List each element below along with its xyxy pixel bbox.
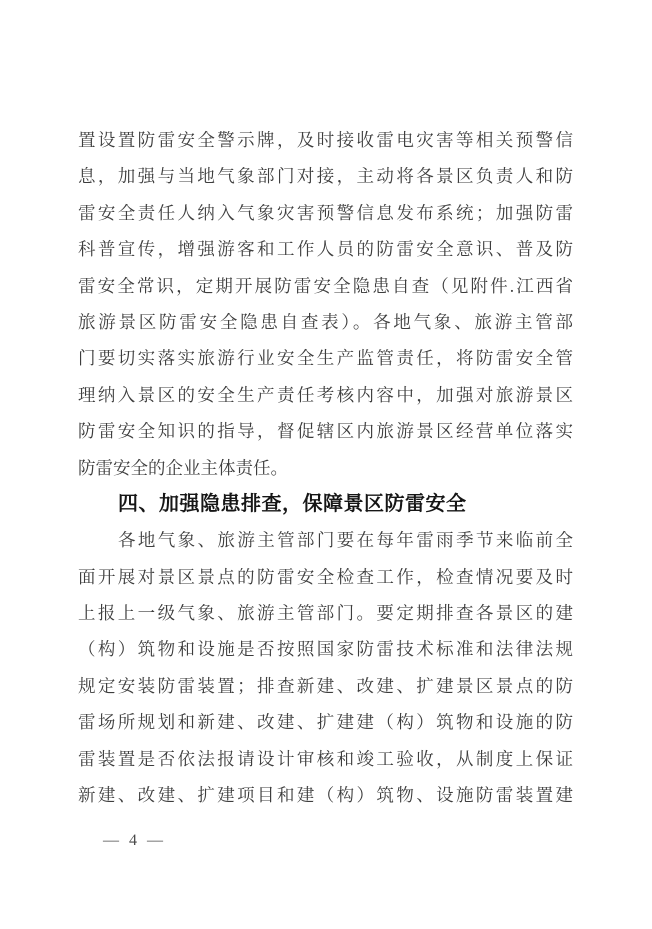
- text-line: 面开展对景区景点的防雷安全检查工作，检查情况要及时: [78, 559, 573, 595]
- paragraph-2: 各地气象、旅游主管部门要在每年雷雨季节来临前全面开展对景区景点的防雷安全检查工作…: [78, 522, 573, 813]
- text-line: 规定安装防雷装置；排查新建、改建、扩建景区景点的防: [78, 668, 573, 704]
- text-line: 防雷安全知识的指导，督促辖区内旅游景区经营单位落实: [78, 413, 573, 449]
- text-line: 新建、改建、扩建项目和建（构）筑物、设施防雷装置建: [78, 777, 573, 813]
- text-line: 息，加强与当地气象部门对接，主动将各景区负责人和防: [78, 158, 573, 194]
- text-line: 防雷安全的企业主体责任。: [78, 450, 573, 486]
- text-line: 雷安全责任人纳入气象灾害预警信息发布系统；加强防雷: [78, 195, 573, 231]
- text-line: 门要切实落实旅游行业安全生产监管责任，将防雷安全管: [78, 340, 573, 376]
- text-line: 科普宣传，增强游客和工作人员的防雷安全意识、普及防: [78, 231, 573, 267]
- text-line: 理纳入景区的安全生产责任考核内容中，加强对旅游景区: [78, 377, 573, 413]
- paragraph-1: 置设置防雷安全警示牌，及时接收雷电灾害等相关预警信息，加强与当地气象部门对接，主…: [78, 122, 573, 486]
- section-heading: 四、加强隐患排查，保障景区防雷安全: [78, 486, 573, 522]
- document-page: 置设置防雷安全警示牌，及时接收雷电灾害等相关预警信息，加强与当地气象部门对接，主…: [0, 0, 652, 929]
- page-number: — 4 —: [103, 831, 166, 851]
- text-line: 旅游景区防雷安全隐患自查表）。各地气象、旅游主管部: [78, 304, 573, 340]
- text-line: 上报上一级气象、旅游主管部门。要定期排查各景区的建: [78, 595, 573, 631]
- text-line: 各地气象、旅游主管部门要在每年雷雨季节来临前全: [78, 522, 573, 558]
- document-body: 置设置防雷安全警示牌，及时接收雷电灾害等相关预警信息，加强与当地气象部门对接，主…: [78, 122, 573, 813]
- text-line: 雷安全常识，定期开展防雷安全隐患自查（见附件.江西省: [78, 268, 573, 304]
- text-line: （构）筑物和设施是否按照国家防雷技术标准和法律法规: [78, 631, 573, 667]
- text-line: 置设置防雷安全警示牌，及时接收雷电灾害等相关预警信: [78, 122, 573, 158]
- text-line: 雷装置是否依法报请设计审核和竣工验收，从制度上保证: [78, 741, 573, 777]
- text-line: 雷场所规划和新建、改建、扩建建（构）筑物和设施的防: [78, 704, 573, 740]
